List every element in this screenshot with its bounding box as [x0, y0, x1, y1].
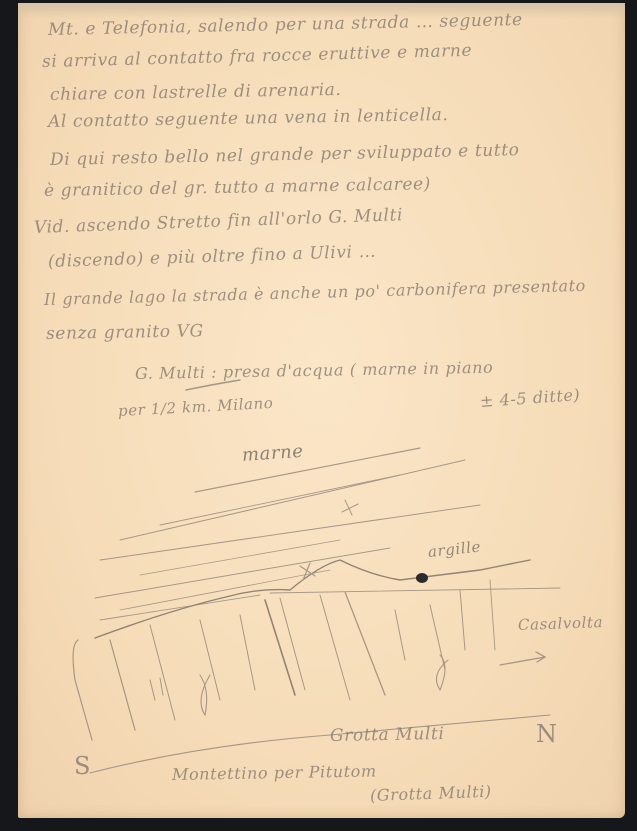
ink-blot [416, 573, 428, 583]
geological-sketch [0, 0, 637, 831]
